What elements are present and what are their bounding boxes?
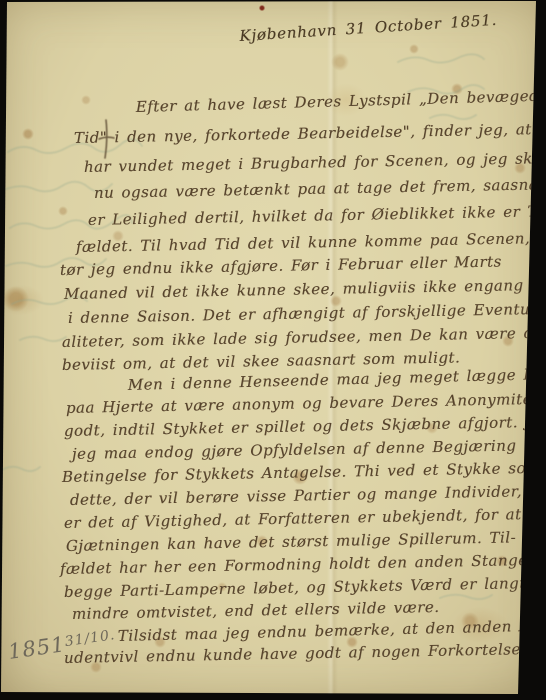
script-line: begge Parti-Lamperne løbet, og Stykkets …	[64, 576, 526, 600]
script-line: godt, indtil Stykket er spillet og dets …	[64, 415, 546, 439]
script-line: udentvivl endnu kunde have godt af nogen…	[64, 642, 526, 666]
dateline: Kjøbenhavn 31 October 1851.	[239, 11, 498, 45]
scan-background: Kjøbenhavn 31 October 1851. Efter at hav…	[0, 0, 546, 700]
script-line: har vundet meget i Brugbarhed for Scenen…	[84, 151, 546, 175]
script-line: Tid" i den nye, forkortede Bearbeidelse"…	[74, 122, 546, 146]
script-line: tør jeg endnu ikke afgjøre. Før i Februa…	[60, 255, 502, 278]
script-line: jeg maa endog gjøre Opfyldelsen af denne…	[72, 437, 546, 462]
script-line: er det af Vigtighed, at Forfatteren er u…	[64, 507, 522, 531]
script-line: Betingelse for Stykkets Antagelse. Thi v…	[62, 461, 541, 485]
script-line: nu ogsaa være betænkt paa at tage det fr…	[94, 177, 546, 201]
script-line: fældet har her een Formodning holdt den …	[60, 553, 543, 577]
script-line: paa Hjerte at være anonym og bevare Dere…	[66, 392, 539, 416]
script-line: mindre omtvistet, end det ellers vilde v…	[72, 600, 440, 622]
script-line: Efter at have læst Deres Lystspil „Den b…	[136, 88, 546, 115]
archival-note-fraction: 31/10.	[64, 627, 117, 650]
script-line: i denne Saison. Det er afhængigt af fors…	[68, 302, 536, 326]
script-line: dette, der vil berøre visse Partier og m…	[70, 484, 522, 508]
script-line: Gjætningen kan have det størst mulige Sp…	[66, 530, 517, 554]
script-line: aliteter, som ikke lade sig forudsee, me…	[62, 325, 546, 350]
letter-page: Kjøbenhavn 31 October 1851. Efter at hav…	[0, 0, 546, 700]
script-line: er Leilighed dertil, hvilket da for Øieb…	[88, 204, 546, 228]
script-line: fældet. Til hvad Tid det vil kunne komme…	[76, 231, 531, 255]
script-line: Maaned vil det ikke kunne skee, muligvii…	[64, 278, 524, 302]
archival-note-year: 1851	[7, 632, 67, 664]
